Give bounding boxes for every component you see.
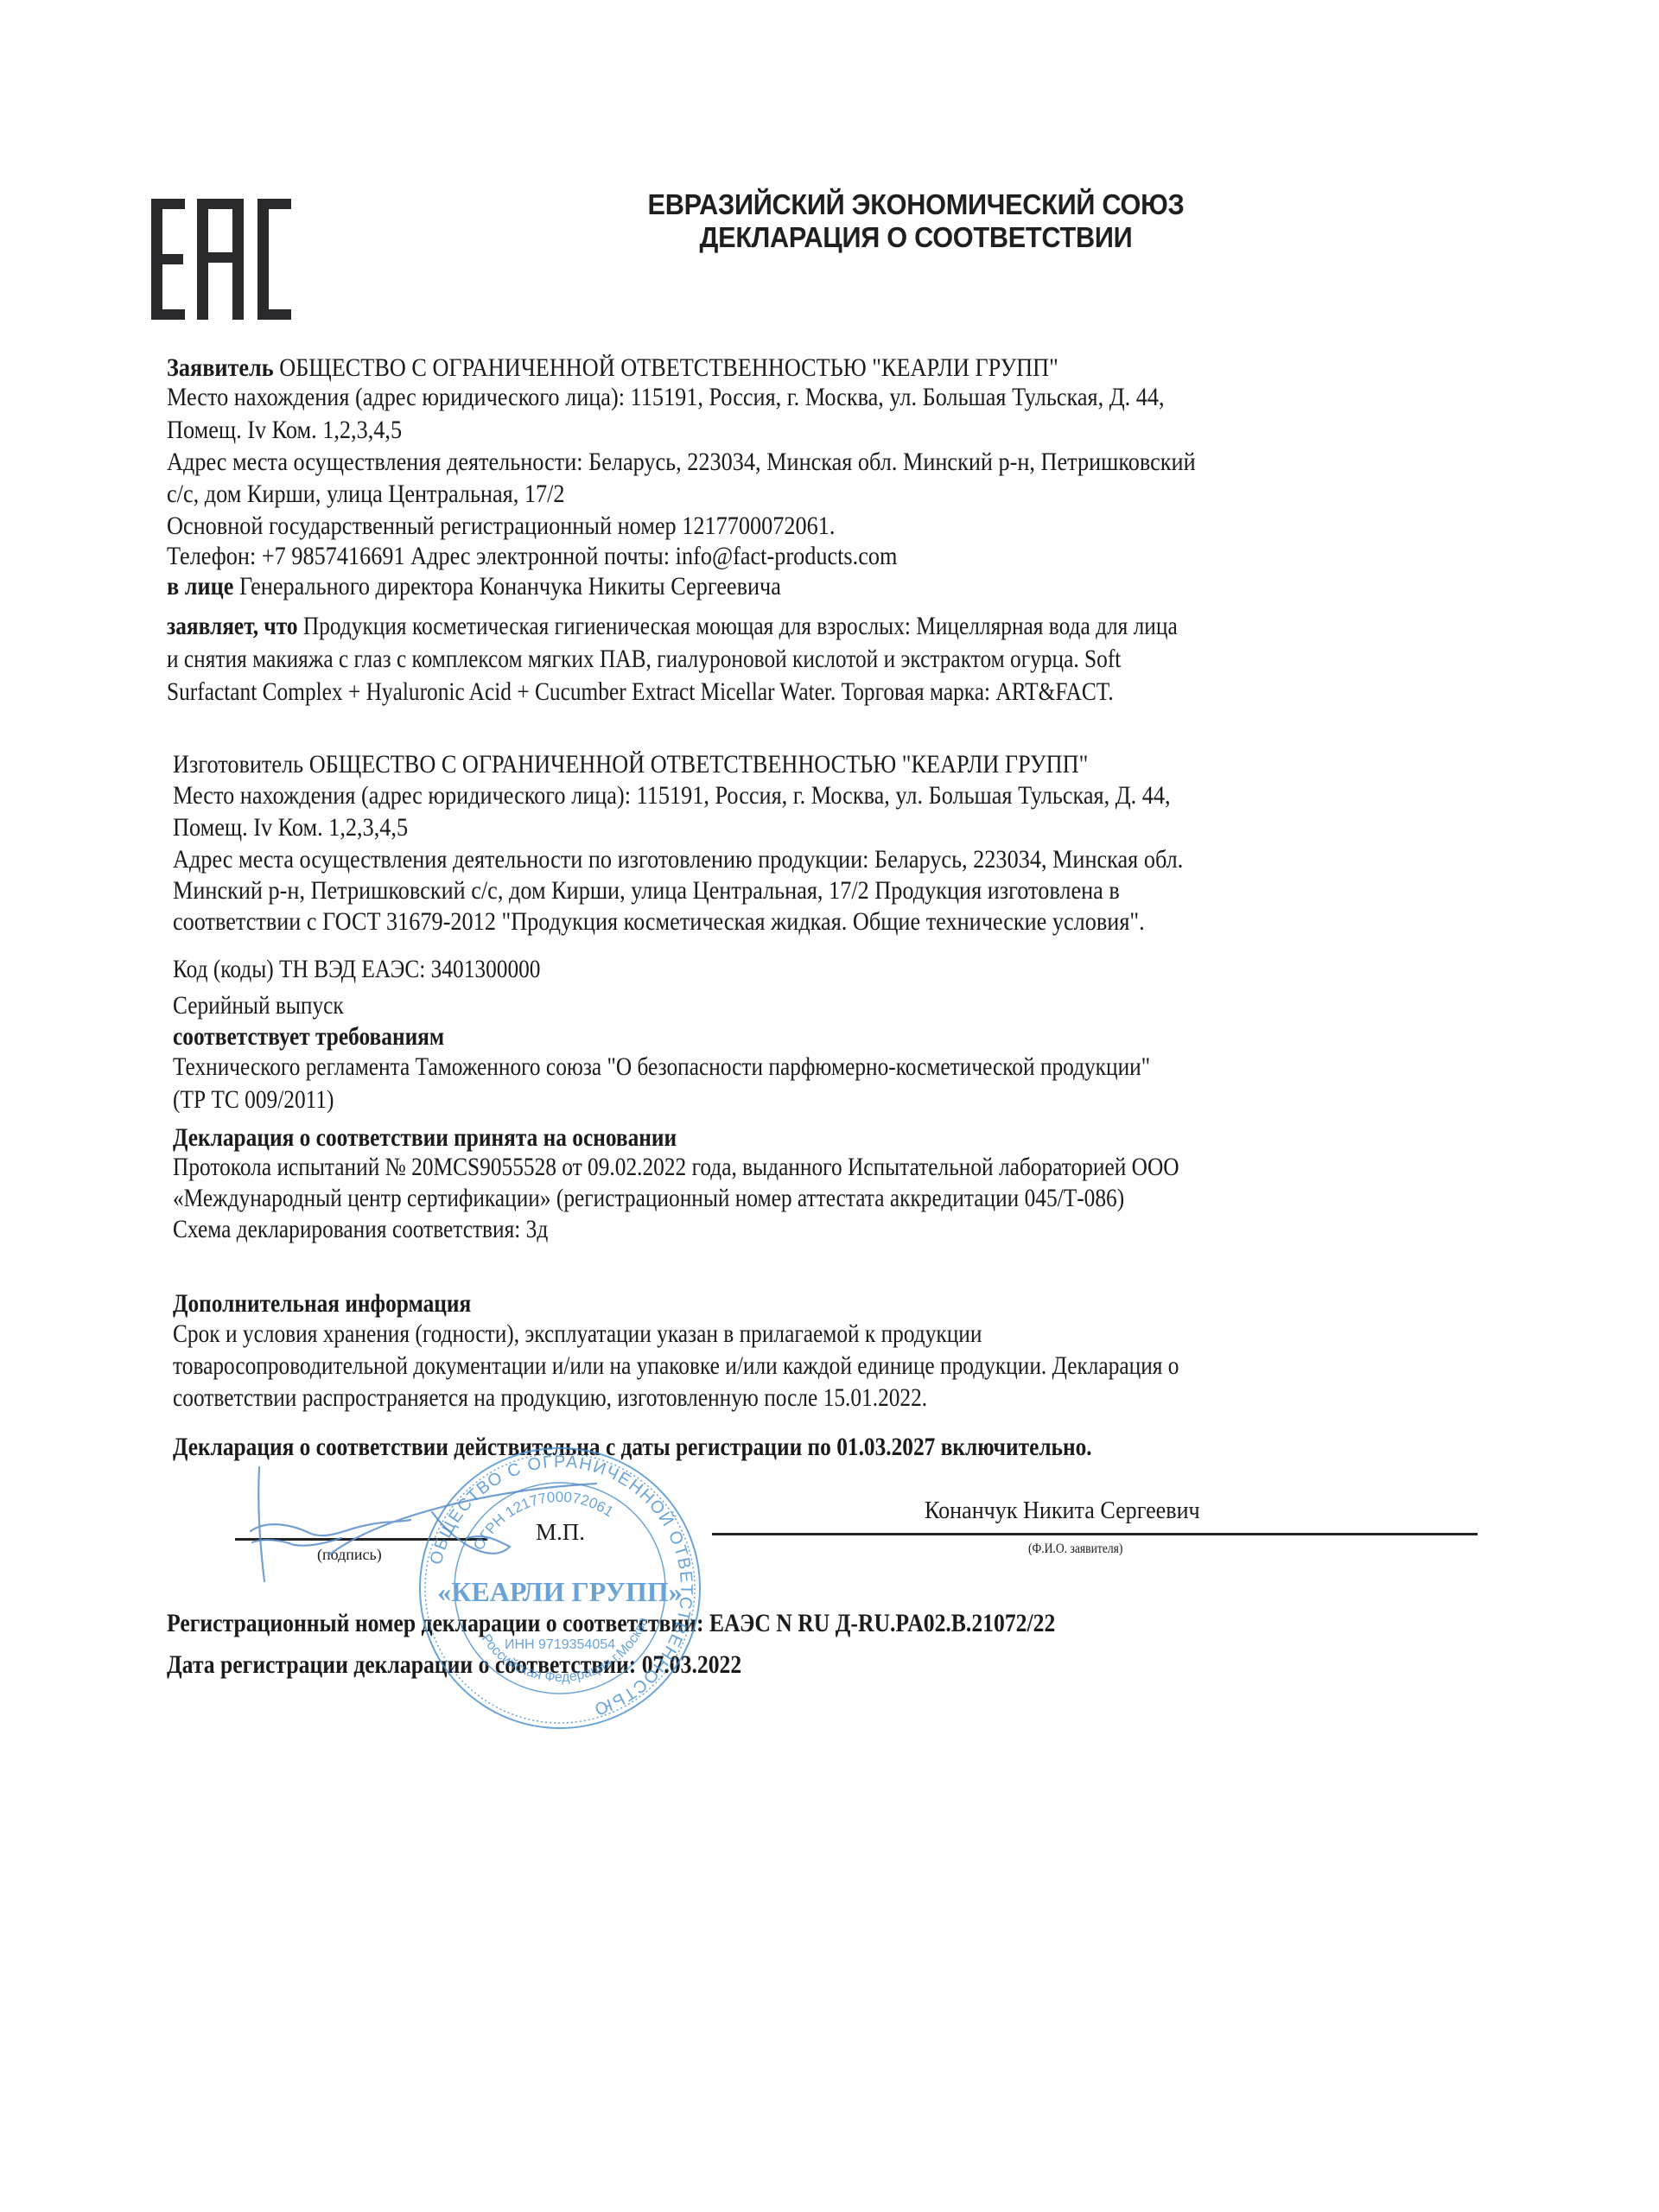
signature-line (235, 1538, 487, 1541)
compliance-line-1: Технического регламента Таможенного союз… (173, 1052, 1150, 1082)
signer-name: Конанчук Никита Сергеевич (925, 1497, 1200, 1525)
manufacturer-line-5: Минский р-н, Петришковский с/с, дом Кирш… (173, 876, 1120, 906)
stamp-center-text: «КЕАРЛИ ГРУПП» (437, 1576, 683, 1607)
applicant-label: Заявитель (167, 354, 274, 382)
applicant-name: ОБЩЕСТВО С ОГРАНИЧЕННОЙ ОТВЕТСТВЕННОСТЬЮ… (274, 354, 1058, 382)
union-title: ЕВРАЗИЙСКИЙ ЭКОНОМИЧЕСКИЙ СОЮЗ (514, 188, 1318, 221)
applicant-activity-address: Адрес места осуществления деятельности: … (167, 448, 1196, 477)
document-title: ДЕКЛАРАЦИЯ О СООТВЕТСТВИИ (514, 221, 1318, 254)
additional-heading: Дополнительная информация (173, 1289, 471, 1319)
manufacturer-line-4: Адрес места осуществления деятельности п… (173, 845, 1183, 874)
declares-text-1: Продукция косметическая гигиеническая мо… (298, 613, 1178, 640)
registration-date: Дата регистрации декларации о соответств… (167, 1650, 741, 1680)
declares-label: заявляет, что (167, 613, 298, 640)
applicant-activity-address-cont: с/с, дом Кирши, улица Центральная, 17/2 (167, 480, 565, 509)
seal-label: М.П. (536, 1519, 585, 1546)
additional-line-3: соответствии распространяется на продукц… (173, 1383, 927, 1413)
company-stamp: ОБЩЕСТВО С ОГРАНИЧЕННОЙ ОТВЕТСТВЕННОСТЬЮ… (413, 1441, 707, 1735)
applicant-contacts: Телефон: +7 9857416691 Адрес электронной… (167, 542, 897, 571)
compliance-line-2: (ТР ТС 009/2011) (173, 1085, 334, 1115)
manufacturer-line-3: Помещ. Iv Ком. 1,2,3,4,5 (173, 813, 408, 842)
compliance-heading: соответствует требованиям (173, 1022, 444, 1052)
basis-heading: Декларация о соответствии принята на осн… (173, 1123, 677, 1153)
signer-caption: (Ф.И.О. заявителя) (1028, 1541, 1122, 1557)
applicant-ogrn: Основной государственный регистрационный… (167, 512, 835, 541)
signature-caption: (подпись) (317, 1546, 382, 1564)
additional-line-2: товаросопроводительной документации и/ил… (173, 1351, 1179, 1381)
applicant-legal-address: Место нахождения (адрес юридического лиц… (167, 383, 1165, 412)
eac-logo (151, 199, 291, 320)
basis-line-3: Схема декларирования соответствия: 3д (173, 1215, 548, 1244)
applicant-legal-address-cont: Помещ. Iv Ком. 1,2,3,4,5 (167, 416, 402, 445)
hs-code: Код (коды) ТН ВЭД ЕАЭС: 3401300000 (173, 955, 540, 984)
manufacturer-line-2: Место нахождения (адрес юридического лиц… (173, 781, 1171, 810)
declares-line-3: Surfactant Complex + Hyaluronic Acid + C… (167, 677, 1114, 707)
applicant-representative: в лице Генерального директора Конанчука … (167, 572, 781, 601)
manufacturer-line-1: Изготовитель ОБЩЕСТВО С ОГРАНИЧЕННОЙ ОТВ… (173, 750, 1088, 779)
registration-number: Регистрационный номер декларации о соотв… (167, 1609, 1055, 1638)
eac-mark-icon (151, 199, 291, 320)
validity-statement: Декларация о соответствии действительна … (173, 1433, 1092, 1462)
declares-line-2: и снятия макияжа с глаз с комплексом мяг… (167, 645, 1121, 674)
declares-line-1: заявляет, что Продукция косметическая ги… (167, 612, 1178, 641)
manufacturer-line-6: соответствии с ГОСТ 31679-2012 "Продукци… (173, 907, 1145, 937)
additional-line-1: Срок и условия хранения (годности), эксп… (173, 1319, 982, 1349)
basis-line-2: «Международный центр сертификации» (реги… (173, 1184, 1124, 1213)
name-line (712, 1533, 1478, 1535)
represented-label: в лице (167, 573, 233, 601)
represented-by: Генерального директора Конанчука Никиты … (233, 573, 781, 601)
basis-line-1: Протокола испытаний № 20MCS9055528 от 09… (173, 1153, 1179, 1182)
applicant-line: Заявитель ОБЩЕСТВО С ОГРАНИЧЕННОЙ ОТВЕТС… (167, 353, 1058, 383)
release-type: Серийный выпуск (173, 991, 344, 1020)
